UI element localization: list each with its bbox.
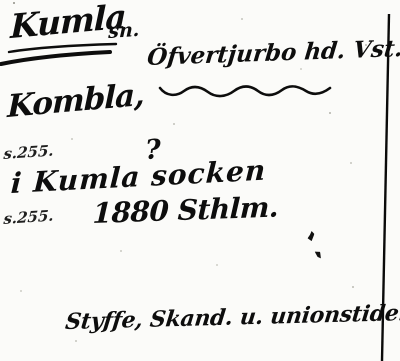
- parish-abbreviation: sn.: [108, 20, 140, 43]
- ink-speck-2: [314, 249, 322, 259]
- page-reference-2: s.255.: [3, 207, 54, 227]
- page-reference-1: s.255.: [3, 142, 54, 162]
- scanned-index-card: Kumla sn. Öfvertjurbo hd. Vst. Kombla, s…: [0, 0, 400, 361]
- source-citation: Styffe, Skand. u. unionstiden.: [64, 301, 400, 335]
- ink-speck-1: [307, 231, 315, 242]
- scan-noise-dots: [13, 2, 15, 4]
- district-line: Öfvertjurbo hd. Vst.: [146, 36, 400, 70]
- district-wavy-underline: [148, 79, 340, 103]
- source-year-place: 1880 Sthlm.: [92, 192, 279, 229]
- historical-name-form: Kombla,: [7, 78, 144, 124]
- title-double-underline: [0, 42, 140, 70]
